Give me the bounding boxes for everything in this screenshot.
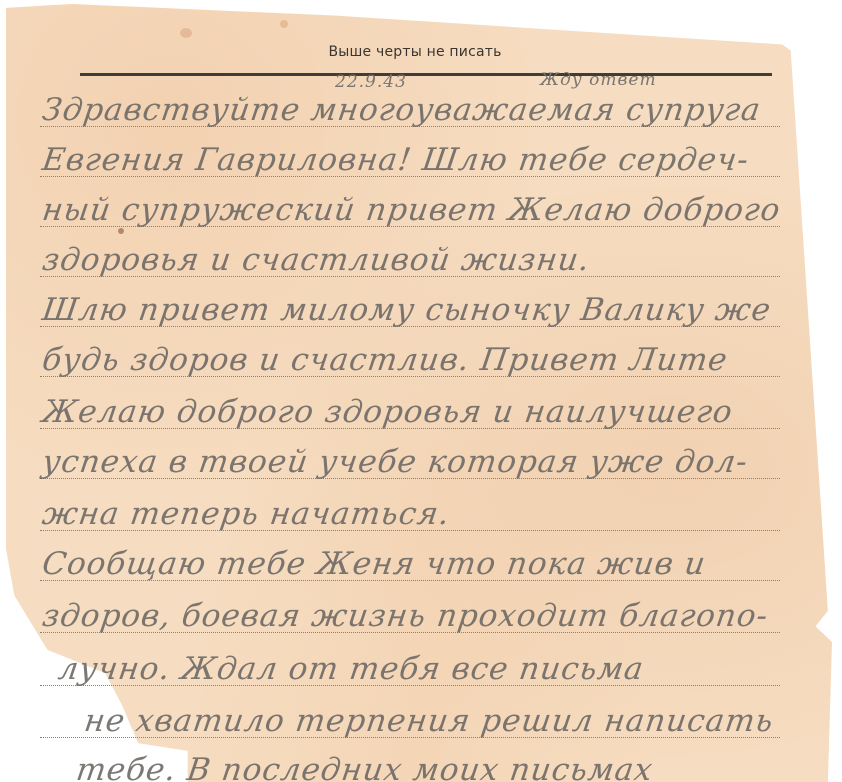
handwritten-line: ный супружеский привет Желаю доброго xyxy=(40,192,805,228)
handwritten-line: здоров, боевая жизнь проходит благопо- xyxy=(40,598,805,634)
handwritten-line: Сообщаю тебе Женя что пока жив и xyxy=(40,546,805,582)
handwritten-line: жна теперь начаться. xyxy=(40,496,805,532)
corner-note: Жду ответ xyxy=(540,70,657,90)
handwritten-line: лучно. Ждал от тебя все письма xyxy=(56,651,821,687)
print-header: Выше черты не писать xyxy=(0,44,842,60)
handwritten-line: Здравствуйте многоуважаемая супруга xyxy=(40,92,805,128)
handwritten-line: Желаю доброго здоровья и наилучшего xyxy=(40,394,805,430)
handwritten-line: Шлю привет милому сыночку Валику же xyxy=(40,292,805,328)
handwritten-line: здоровья и счастливой жизни. xyxy=(40,242,805,278)
handwritten-line: будь здоров и счастлив. Привет Лите xyxy=(40,342,805,378)
letter-date: 22.9.43 xyxy=(335,72,407,92)
paper-stain xyxy=(180,28,192,38)
header-text: Выше черты не писать xyxy=(328,44,501,60)
handwritten-line: не хватило терпения решил написать xyxy=(82,703,842,739)
handwritten-line: тебе. В последних моих письмах xyxy=(74,752,839,782)
handwritten-line: Евгения Гавриловна! Шлю тебе сердеч- xyxy=(40,142,805,178)
top-rule xyxy=(80,73,772,76)
paper-stain xyxy=(118,228,124,234)
paper-stain xyxy=(280,20,288,28)
handwritten-line: успеха в твоей учебе которая уже дол- xyxy=(40,444,805,480)
